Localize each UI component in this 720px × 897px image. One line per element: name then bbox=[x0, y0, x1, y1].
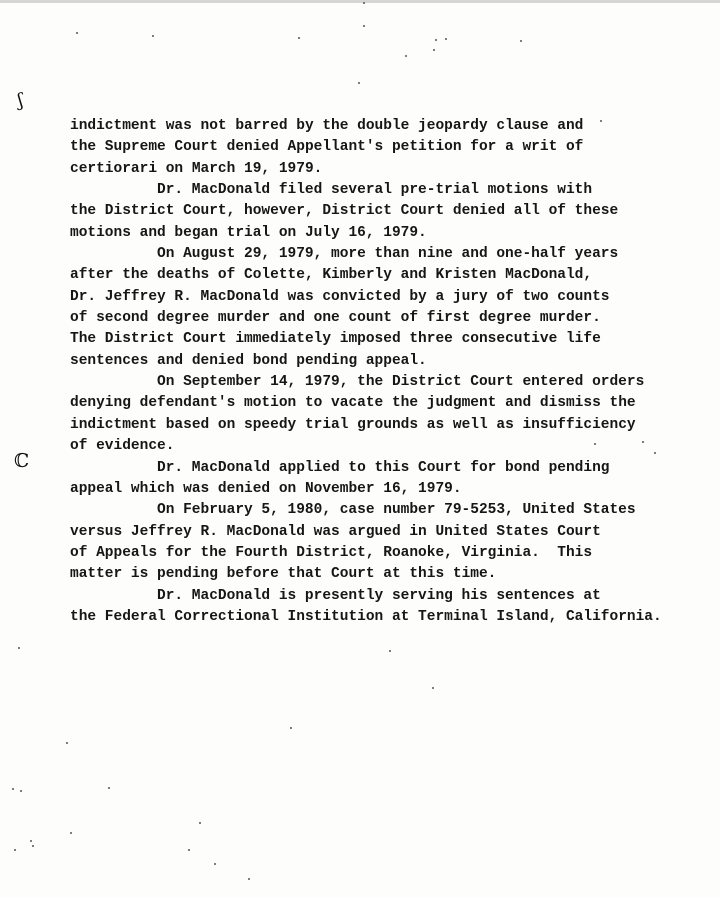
text-line: of second degree murder and one count of… bbox=[70, 308, 662, 329]
text-line: motions and began trial on July 16, 1979… bbox=[70, 223, 662, 244]
text-line: certiorari on March 19, 1979. bbox=[70, 159, 662, 180]
text-line: matter is pending before that Court at t… bbox=[70, 564, 662, 585]
paragraph-first-line: On August 29, 1979, more than nine and o… bbox=[70, 244, 662, 265]
paragraph-first-line: Dr. MacDonald filed several pre-trial mo… bbox=[70, 180, 662, 201]
scan-top-edge bbox=[0, 0, 720, 3]
text-line: the Supreme Court denied Appellant's pet… bbox=[70, 137, 662, 158]
text-line: after the deaths of Colette, Kimberly an… bbox=[70, 265, 662, 286]
text-line: The District Court immediately imposed t… bbox=[70, 329, 662, 350]
text-line: Dr. Jeffrey R. MacDonald was convicted b… bbox=[70, 287, 662, 308]
margin-handwritten-mark: ℂ bbox=[14, 452, 29, 471]
paragraph-first-line: On February 5, 1980, case number 79-5253… bbox=[70, 500, 662, 521]
text-line: the District Court, however, District Co… bbox=[70, 201, 662, 222]
text-line: the Federal Correctional Institution at … bbox=[70, 607, 662, 628]
paragraph-first-line: Dr. MacDonald applied to this Court for … bbox=[70, 458, 662, 479]
text-line: indictment was not barred by the double … bbox=[70, 116, 662, 137]
margin-handwritten-mark: ʃ bbox=[17, 92, 24, 111]
text-line: indictment based on speedy trial grounds… bbox=[70, 415, 662, 436]
text-line: of evidence. bbox=[70, 436, 662, 457]
document-body: indictment was not barred by the double … bbox=[70, 116, 662, 628]
text-line: of Appeals for the Fourth District, Roan… bbox=[70, 543, 662, 564]
text-line: sentences and denied bond pending appeal… bbox=[70, 351, 662, 372]
text-line: appeal which was denied on November 16, … bbox=[70, 479, 662, 500]
paragraph-first-line: On September 14, 1979, the District Cour… bbox=[70, 372, 662, 393]
paragraph-first-line: Dr. MacDonald is presently serving his s… bbox=[70, 586, 662, 607]
text-line: versus Jeffrey R. MacDonald was argued i… bbox=[70, 522, 662, 543]
text-line: denying defendant's motion to vacate the… bbox=[70, 393, 662, 414]
scanned-document-page: ʃ ℂ indictment was not barred by the dou… bbox=[0, 0, 720, 897]
